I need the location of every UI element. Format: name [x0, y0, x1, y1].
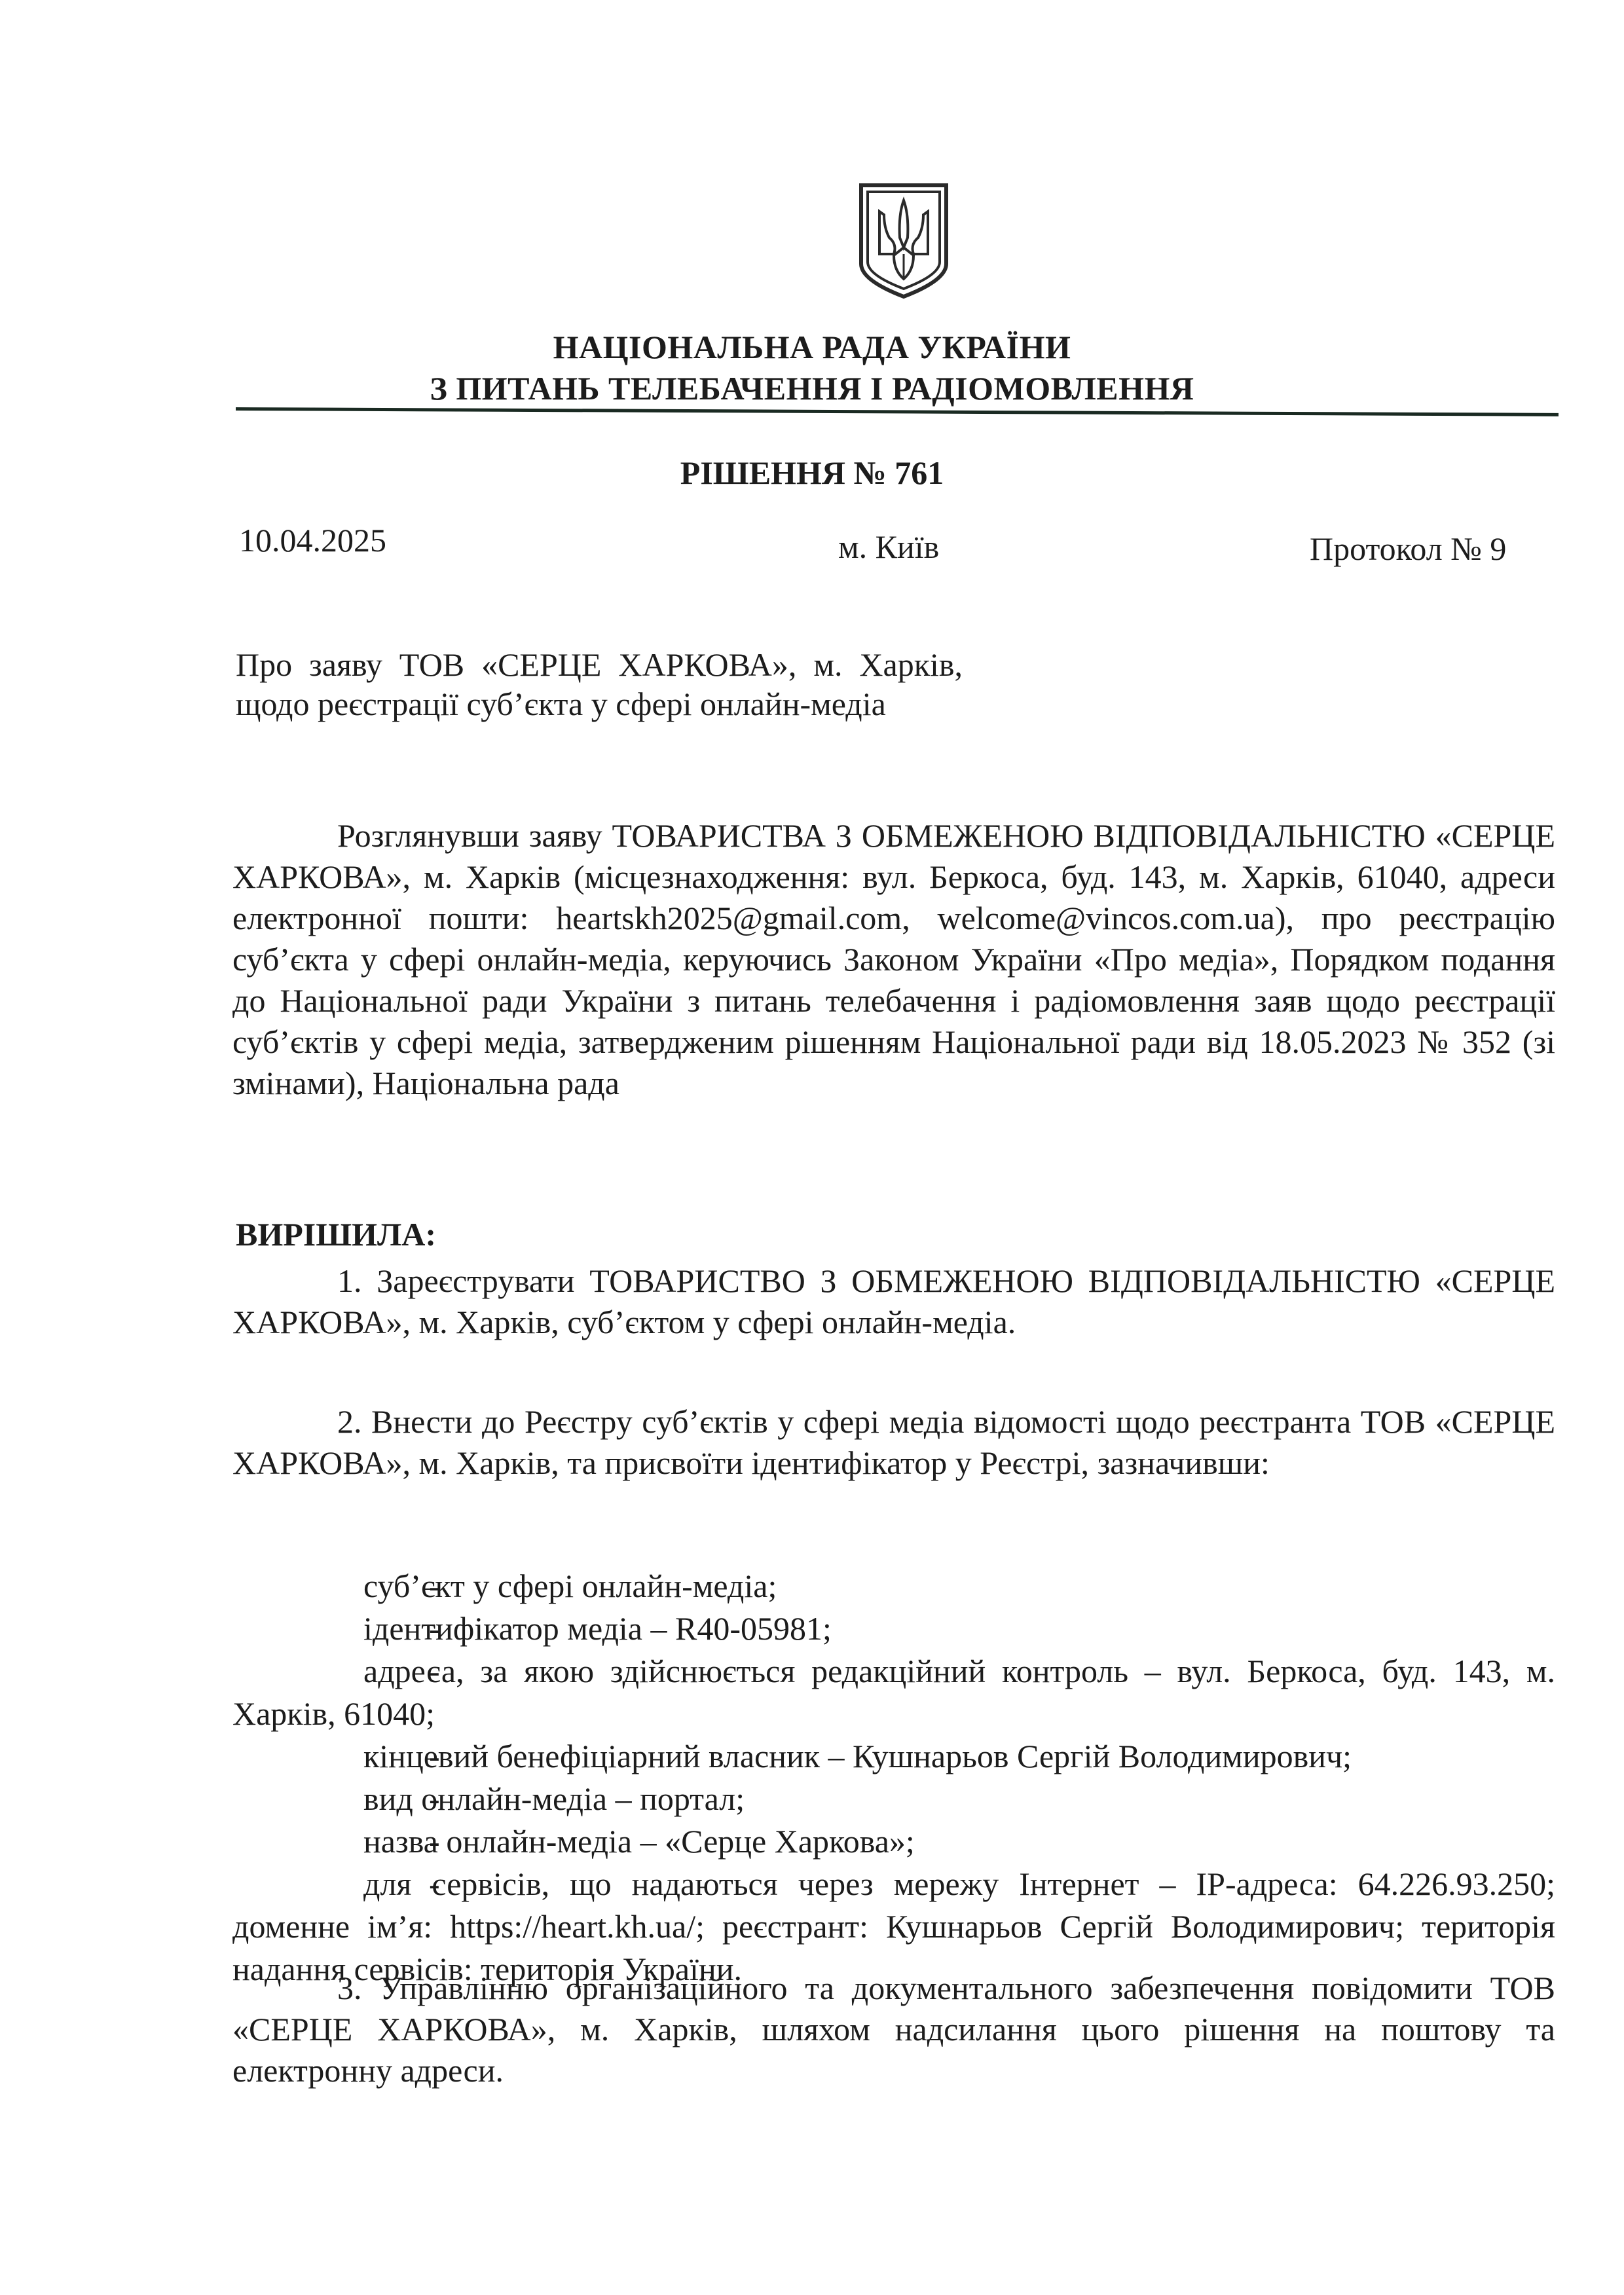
bullet-dash: -	[331, 1778, 363, 1820]
protocol-number: Протокол № 9	[1310, 529, 1506, 568]
list-item: -адреса, за якою здійснюється редакційни…	[232, 1650, 1555, 1735]
bullet-dash: -	[331, 1863, 363, 1905]
list-item: -вид онлайн-медіа – портал;	[232, 1778, 1555, 1820]
list-item: -суб’єкт у сфері онлайн-медіа;	[232, 1565, 1555, 1607]
registry-details-list: -суб’єкт у сфері онлайн-медіа; -ідентифі…	[232, 1565, 1555, 1991]
organization-name-line-2: З ПИТАНЬ ТЕЛЕБАЧЕННЯ І РАДІОМОВЛЕННЯ	[0, 369, 1624, 408]
bullet-dash: -	[331, 1650, 363, 1693]
decision-title: РІШЕННЯ № 761	[0, 453, 1624, 492]
header-divider	[236, 407, 1559, 416]
bullet-dash: -	[331, 1820, 363, 1863]
bullet-dash: -	[331, 1735, 363, 1778]
decision-item-1: 1. Зареєструвати ТОВАРИСТВО З ОБМЕЖЕНОЮ …	[232, 1260, 1555, 1343]
resolved-heading: ВИРІШИЛА:	[236, 1215, 436, 1254]
organization-name-line-1: НАЦІОНАЛЬНА РАДА УКРАЇНИ	[0, 327, 1624, 367]
bullet-dash: -	[331, 1607, 363, 1650]
decision-city: м. Київ	[838, 527, 939, 566]
preamble-paragraph: Розглянувши заяву ТОВАРИСТВА З ОБМЕЖЕНОЮ…	[232, 815, 1555, 1104]
coat-of-arms-icon	[858, 182, 950, 300]
list-item: -кінцевий бенефіціарний власник – Кушнар…	[232, 1735, 1555, 1778]
bullet-dash: -	[331, 1565, 363, 1607]
list-item: -ідентифікатор медіа – R40-05981;	[232, 1607, 1555, 1650]
decision-subject: Про заяву ТОВ «СЕРЦЕ ХАРКОВА», м. Харків…	[236, 645, 963, 724]
decision-item-3: 3. Управлінню організаційного та докумен…	[232, 1968, 1555, 2091]
decision-item-2: 2. Внести до Реєстру суб’єктів у сфері м…	[232, 1401, 1555, 1484]
list-item: -назва онлайн-медіа – «Серце Харкова»;	[232, 1820, 1555, 1863]
decision-date: 10.04.2025	[239, 521, 386, 560]
